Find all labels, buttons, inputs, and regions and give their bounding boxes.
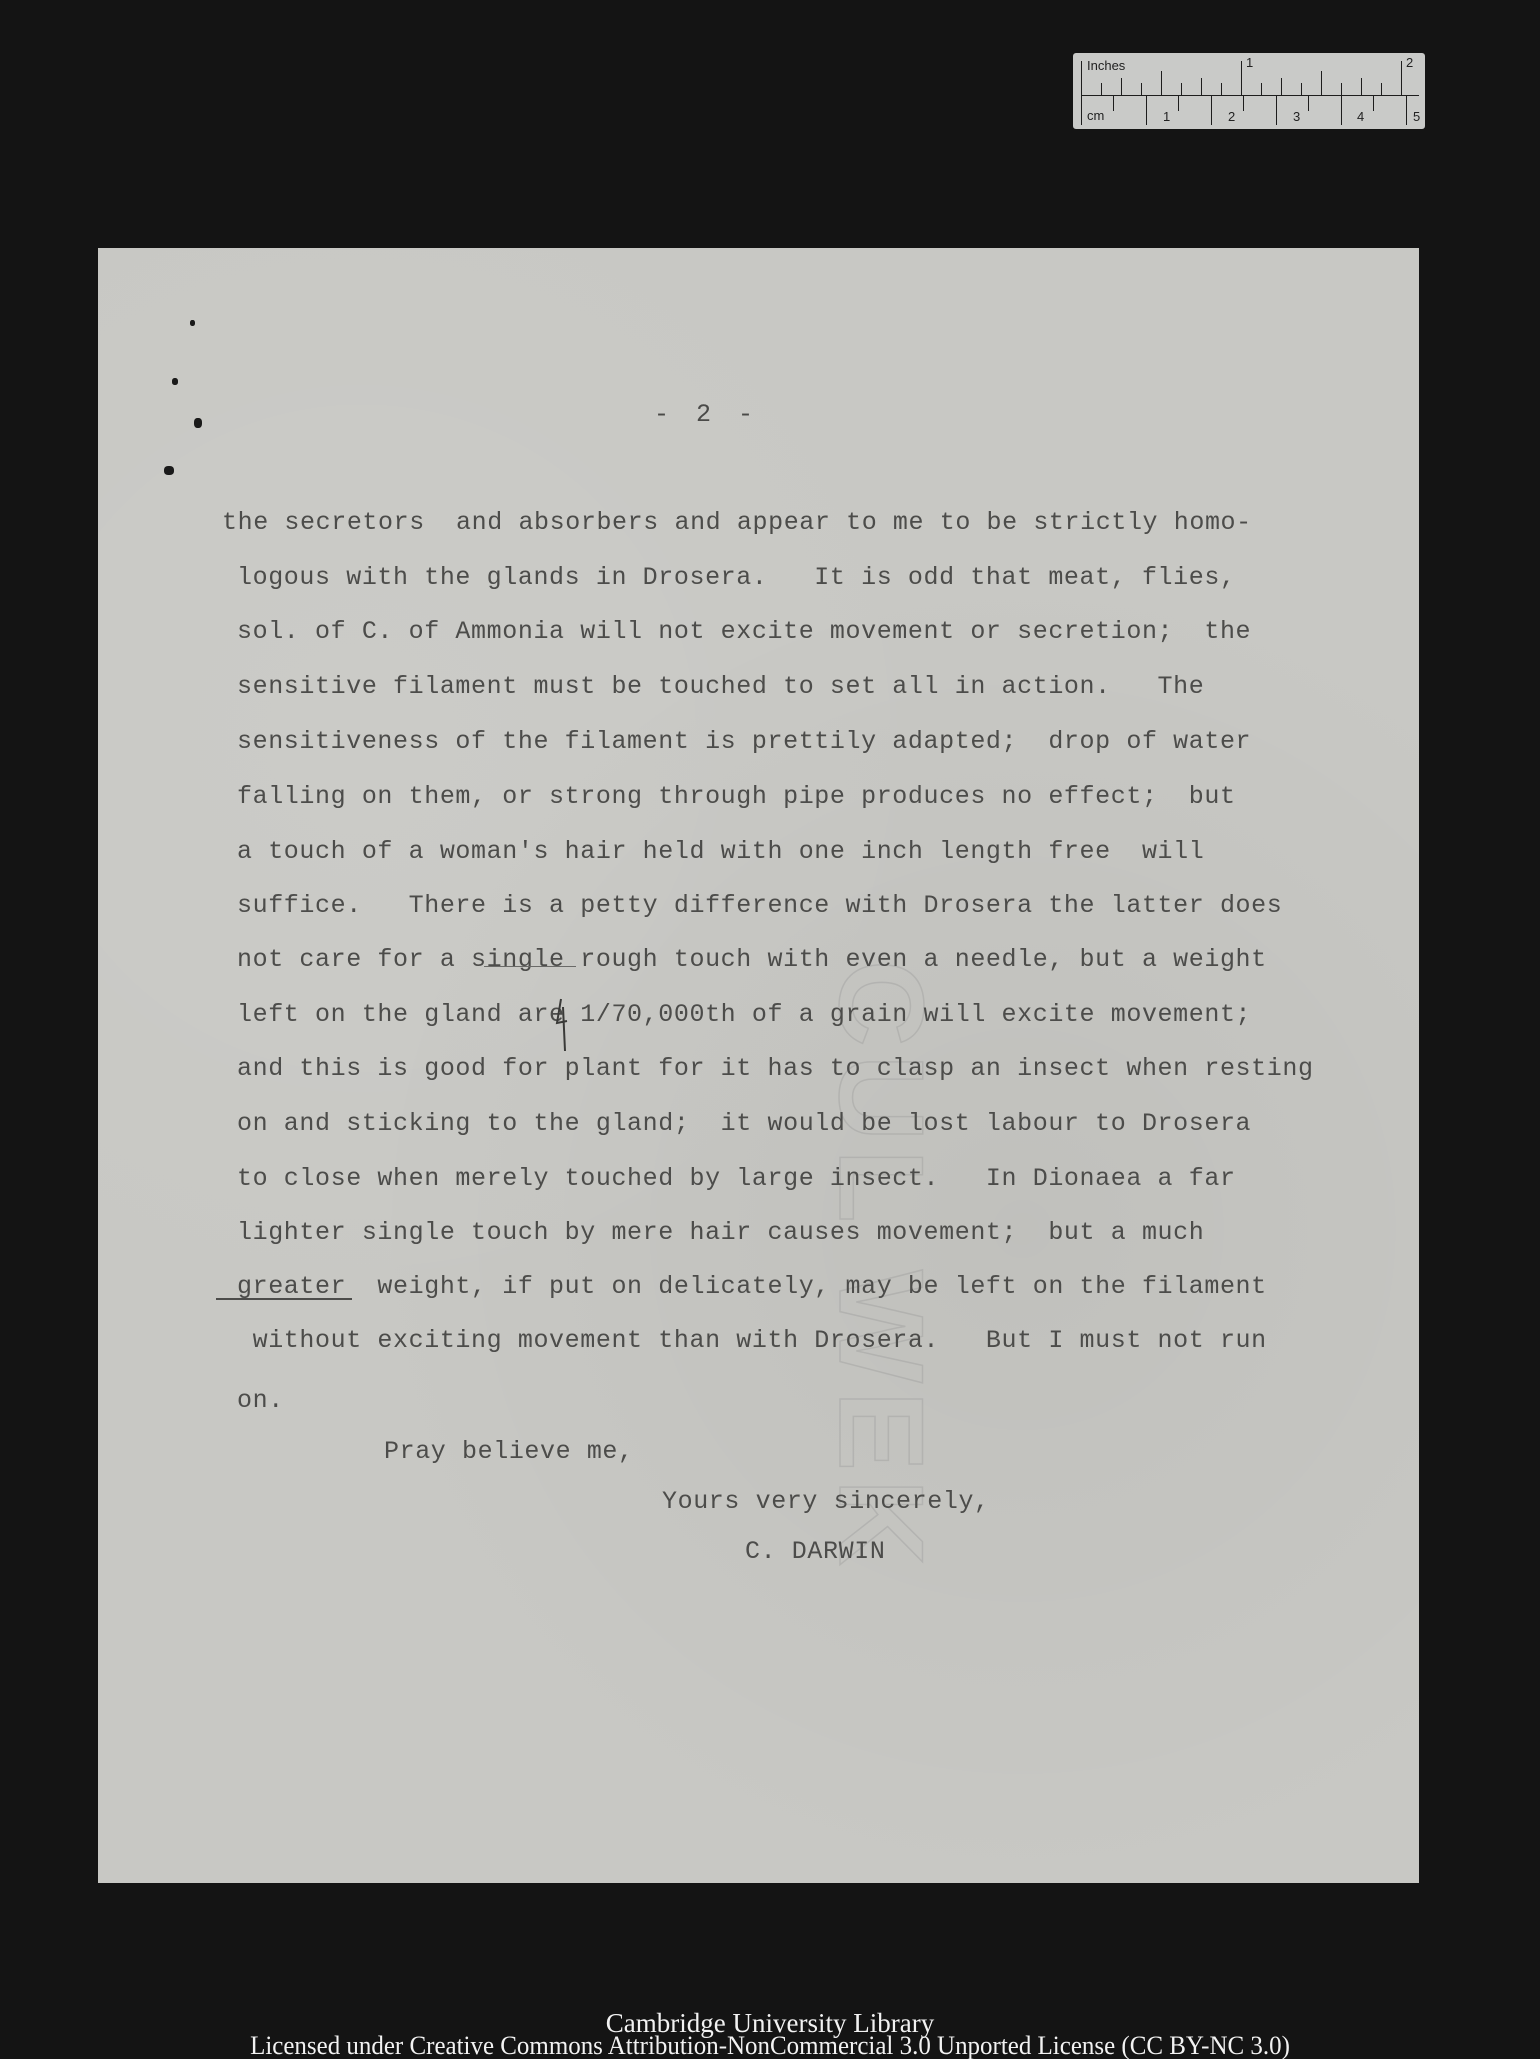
binding-hole: [164, 466, 174, 475]
ruler-tick: [1211, 95, 1212, 125]
ruler-cm-2: 2: [1228, 109, 1235, 124]
ruler-tick: [1301, 83, 1302, 95]
underline-single: [484, 966, 576, 967]
ruler-tick: [1081, 95, 1082, 125]
body-line: sensitive filament must be touched to se…: [237, 672, 1204, 701]
body-line: suffice. There is a petty difference wit…: [237, 891, 1282, 920]
ruler-tick: [1241, 61, 1242, 95]
body-line: sensitiveness of the filament is prettil…: [237, 727, 1251, 756]
ruler-tick: [1161, 71, 1162, 95]
ruler-tick: [1081, 61, 1082, 96]
binding-hole: [172, 378, 178, 385]
binding-hole: [194, 418, 202, 428]
ruler-tick: [1401, 61, 1402, 95]
ruler-tick: [1101, 83, 1102, 95]
ruler-cm-label: cm: [1087, 108, 1104, 123]
body-line: the secretors and absorbers and appear t…: [222, 508, 1252, 537]
ruler-cm-1: 1: [1163, 109, 1170, 124]
body-line: and this is good for plant for it has to…: [237, 1054, 1314, 1083]
ruler-tick: [1261, 83, 1262, 95]
ruler-tick: [1178, 95, 1179, 111]
ruler-midline: [1081, 95, 1419, 96]
body-line: not care for a single rough touch with e…: [237, 945, 1267, 974]
ruler-inch-1: 1: [1246, 55, 1253, 70]
page-number: - 2 -: [654, 400, 759, 429]
ruler-tick: [1406, 95, 1407, 125]
ruler-tick: [1308, 95, 1309, 111]
body-line: on and sticking to the gland; it would b…: [237, 1109, 1251, 1138]
ruler-tick: [1121, 78, 1122, 95]
signature: C. DARWIN: [745, 1537, 885, 1566]
body-line: a touch of a woman's hair held with one …: [237, 837, 1204, 866]
ruler-tick: [1281, 78, 1282, 95]
ruler-cm-5: 5: [1413, 109, 1420, 124]
closing-line: Pray believe me,: [384, 1437, 634, 1466]
footer-license: Licensed under Creative Commons Attribut…: [31, 2031, 1509, 2059]
ruler-tick: [1201, 78, 1202, 95]
ruler-inch-2: 2: [1406, 55, 1413, 70]
ruler-tick: [1243, 95, 1244, 111]
ruler-tick: [1221, 83, 1222, 95]
body-line: to close when merely touched by large in…: [237, 1164, 1236, 1193]
body-line: logous with the glands in Drosera. It is…: [237, 563, 1236, 592]
scale-ruler: Inches cm 1 2 1 2 3 4 5: [1073, 53, 1425, 129]
body-line: left on the gland are 1/70,000th of a gr…: [237, 1000, 1251, 1029]
underline-greater: [216, 1298, 352, 1300]
valediction-line: Yours very sincerely,: [662, 1487, 990, 1516]
ruler-tick: [1141, 83, 1142, 95]
binding-hole: [190, 320, 195, 326]
ruler-tick: [1146, 95, 1147, 125]
ruler-tick: [1181, 83, 1182, 95]
body-line: without exciting movement than with Dros…: [237, 1326, 1267, 1355]
ruler-tick: [1381, 83, 1382, 95]
handwritten-correction-mark: [553, 997, 573, 1053]
ruler-tick: [1361, 78, 1362, 95]
ruler-tick: [1341, 95, 1342, 125]
ruler-tick: [1373, 95, 1374, 111]
ruler-cm-4: 4: [1357, 109, 1364, 124]
ruler-tick: [1321, 71, 1322, 95]
body-line: greater weight, if put on delicately, ma…: [237, 1272, 1267, 1301]
body-line: lighter single touch by mere hair causes…: [237, 1218, 1204, 1247]
body-line: falling on them, or strong through pipe …: [237, 782, 1236, 811]
ruler-cm-3: 3: [1293, 109, 1300, 124]
body-line: on.: [237, 1386, 284, 1415]
ruler-inches-label: Inches: [1087, 58, 1125, 73]
ruler-tick: [1341, 83, 1342, 95]
body-line: sol. of C. of Ammonia will not excite mo…: [237, 617, 1251, 646]
ruler-tick: [1276, 95, 1277, 125]
ruler-tick: [1113, 95, 1114, 111]
